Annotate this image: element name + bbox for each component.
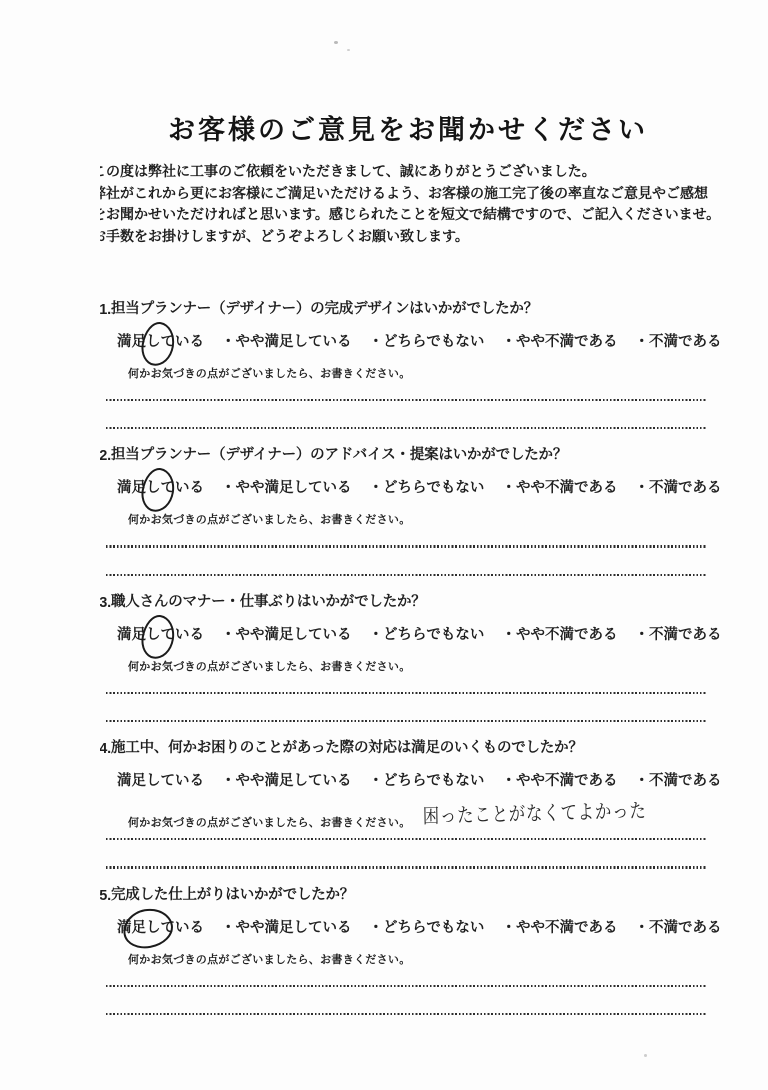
intro-line: をお聞かせいただければと思います。感じられたことを短文で結構ですので、ご記入くだ… xyxy=(100,204,716,226)
question-title: 3.職人さんのマナー・仕事ぶりはいかがでしたか？ xyxy=(100,590,716,611)
option-text: し xyxy=(146,773,161,789)
option-neutral: ・どちらでもない xyxy=(369,334,485,350)
option-satisfied: 満足している xyxy=(117,627,204,643)
question-block: 1.担当プランナー（デザイナー）の完成デザインはいかがでしたか？ 満足している … xyxy=(100,297,716,429)
intro-line-text: 手数をお掛けしますが、どうぞよろしくお願い致します。 xyxy=(106,228,469,244)
comment-line xyxy=(106,838,707,840)
question-number: 4. xyxy=(100,741,111,757)
option-somewhat-satisfied: ・やや満足している xyxy=(221,334,352,350)
form-content: お客様のご意見をお聞かせください この度は弊社に工事のご依頼をいただきまして、誠… xyxy=(100,0,716,1029)
option-satisfied: 満足している xyxy=(117,920,204,936)
option-dissatisfied: ・不満である xyxy=(634,334,721,350)
comment-prompt-row: 何かお気づきの点がございましたら、お書きください。 xyxy=(128,950,716,966)
option-dissatisfied: ・不満である xyxy=(634,480,721,496)
question-title: 2.担当プランナー（デザイナー）のアドバイス・提案はいかがでしたか？ xyxy=(100,443,716,464)
comment-line xyxy=(106,427,707,429)
question-number: 2. xyxy=(100,448,111,464)
option-dissatisfied: ・不満である xyxy=(634,773,721,789)
option-somewhat-satisfied: ・やや満足している xyxy=(221,773,352,789)
question-text: 施工中、何かお困りのことがあった際の対応は満足のいくものでしたか？ xyxy=(111,740,583,756)
comment-line xyxy=(106,985,707,987)
comment-line xyxy=(106,866,707,868)
comment-prompt: 何かお気づきの点がございましたら、お書きください。 xyxy=(128,954,411,966)
intro-paragraph: この度は弊社に工事のご依頼をいただきまして、誠にありがとうございました。 弊社が… xyxy=(100,161,716,247)
comment-prompt-row: 何かお気づきの点がございましたら、お書きください。 xyxy=(128,657,716,673)
option-somewhat-dissatisfied: ・やや不満である xyxy=(501,334,617,350)
option-dissatisfied: ・不満である xyxy=(634,627,721,643)
options-row: 満足している ・やや満足している ・どちらでもない ・やや不満である ・不満であ… xyxy=(117,916,716,938)
options-row: 満足している ・やや満足している ・どちらでもない ・やや不満である ・不満であ… xyxy=(117,330,716,352)
questions-section: 1.担当プランナー（デザイナー）の完成デザインはいかがでしたか？ 満足している … xyxy=(100,297,716,1015)
intro-line-text: お聞かせいただければと思います。感じられたことを短文で結構ですので、ご記入くださ… xyxy=(106,206,720,222)
option-neutral: ・どちらでもない xyxy=(369,773,485,789)
option-somewhat-dissatisfied: ・やや不満である xyxy=(501,627,617,643)
option-text: 満足 xyxy=(117,773,146,789)
option-somewhat-dissatisfied: ・やや不満である xyxy=(501,773,617,789)
comment-prompt-row: 何かお気づきの点がございましたら、お書きください。困ったことがなくてよかった xyxy=(128,803,716,819)
option-satisfied: 満足している xyxy=(117,334,204,350)
question-number: 1. xyxy=(100,302,111,318)
intro-line: お手数をお掛けしますが、どうぞよろしくお願い致します。 xyxy=(100,226,716,248)
option-text: 足し xyxy=(132,920,161,936)
satisfaction-circle-mark: し xyxy=(146,330,161,351)
comment-prompt: 何かお気づきの点がございましたら、お書きください。 xyxy=(128,514,411,526)
option-text: し xyxy=(146,480,161,496)
comment-prompt: 何かお気づきの点がございましたら、お書きください。 xyxy=(128,368,411,380)
form-title: お客様のご意見をお聞かせください xyxy=(100,108,716,147)
scanned-survey-page: お客様のご意見をお聞かせください この度は弊社に工事のご依頼をいただきまして、誠… xyxy=(0,0,768,1090)
option-neutral: ・どちらでもない xyxy=(369,480,485,496)
question-text: 完成した仕上がりはいかがでしたか？ xyxy=(111,887,354,903)
option-neutral: ・どちらでもない xyxy=(369,627,485,643)
comment-line xyxy=(106,545,707,547)
satisfaction-circle-mark: し xyxy=(146,476,161,497)
comment-line xyxy=(106,574,707,576)
intro-line: この度は弊社に工事のご依頼をいただきまして、誠にありがとうございました。 xyxy=(100,161,716,183)
comment-line xyxy=(106,720,707,722)
question-title: 5.完成した仕上がりはいかがでしたか？ xyxy=(100,883,716,904)
handwritten-comment: 困ったことがなくてよかった xyxy=(422,794,646,829)
question-text: 職人さんのマナー・仕事ぶりはいかがでしたか？ xyxy=(111,594,426,610)
comment-prompt: 何かお気づきの点がございましたら、お書きください。 xyxy=(128,661,411,673)
option-text: し xyxy=(146,627,161,643)
options-row: 満足している ・やや満足している ・どちらでもない ・やや不満である ・不満であ… xyxy=(117,769,716,791)
comment-prompt-row: 何かお気づきの点がございましたら、お書きください。 xyxy=(128,510,716,526)
option-somewhat-satisfied: ・やや満足している xyxy=(221,627,352,643)
intro-line-text: の度は弊社に工事のご依頼をいただきまして、誠にありがとうございました。 xyxy=(106,163,596,179)
satisfaction-circle-mark: し xyxy=(146,623,161,644)
intro-line-text: 社がこれから更にお客様にご満足いただけるよう、お客様の施工完了後の率直なご意見や… xyxy=(106,185,708,201)
comment-prompt: 何かお気づきの点がございましたら、お書きください。 xyxy=(128,817,411,829)
question-text: 担当プランナー（デザイナー）のアドバイス・提案はいかがでしたか？ xyxy=(111,447,567,463)
comment-line xyxy=(106,692,707,694)
intro-line: 弊社がこれから更にお客様にご満足いただけるよう、お客様の施工完了後の率直なご意見… xyxy=(100,183,716,205)
option-satisfied: 満足している xyxy=(117,773,204,789)
option-somewhat-satisfied: ・やや満足している xyxy=(221,480,352,496)
question-number: 5. xyxy=(100,888,111,904)
option-somewhat-dissatisfied: ・やや不満である xyxy=(501,480,617,496)
comment-prompt-row: 何かお気づきの点がございましたら、お書きください。 xyxy=(128,364,716,380)
comment-line xyxy=(106,399,707,401)
question-block: 5.完成した仕上がりはいかがでしたか？ 満足している ・やや満足している ・どち… xyxy=(100,883,716,1015)
option-text: ている xyxy=(161,773,205,789)
question-title: 1.担当プランナー（デザイナー）の完成デザインはいかがでしたか？ xyxy=(100,297,716,318)
option-dissatisfied: ・不満である xyxy=(634,920,721,936)
question-text: 担当プランナー（デザイナー）の完成デザインはいかがでしたか？ xyxy=(111,301,538,317)
question-block: 2.担当プランナー（デザイナー）のアドバイス・提案はいかがでしたか？ 満足してい… xyxy=(100,443,716,575)
question-title: 4.施工中、何かお困りのことがあった際の対応は満足のいくものでしたか？ xyxy=(100,736,716,757)
option-neutral: ・どちらでもない xyxy=(369,920,485,936)
question-block: 4.施工中、何かお困りのことがあった際の対応は満足のいくものでしたか？ 満足して… xyxy=(100,736,716,868)
question-block: 3.職人さんのマナー・仕事ぶりはいかがでしたか？ 満足している ・やや満足してい… xyxy=(100,590,716,722)
scan-speck xyxy=(644,1054,647,1057)
options-row: 満足している ・やや満足している ・どちらでもない ・やや不満である ・不満であ… xyxy=(117,476,716,498)
options-row: 満足している ・やや満足している ・どちらでもない ・やや不満である ・不満であ… xyxy=(117,623,716,645)
question-number: 3. xyxy=(100,595,111,611)
option-somewhat-dissatisfied: ・やや不満である xyxy=(501,920,617,936)
option-text: し xyxy=(146,334,161,350)
satisfaction-circle-mark: 足し xyxy=(132,916,161,937)
satisfaction-circle-mark: し xyxy=(146,769,161,790)
comment-line xyxy=(106,1013,707,1015)
option-satisfied: 満足している xyxy=(117,480,204,496)
option-somewhat-satisfied: ・やや満足している xyxy=(221,920,352,936)
